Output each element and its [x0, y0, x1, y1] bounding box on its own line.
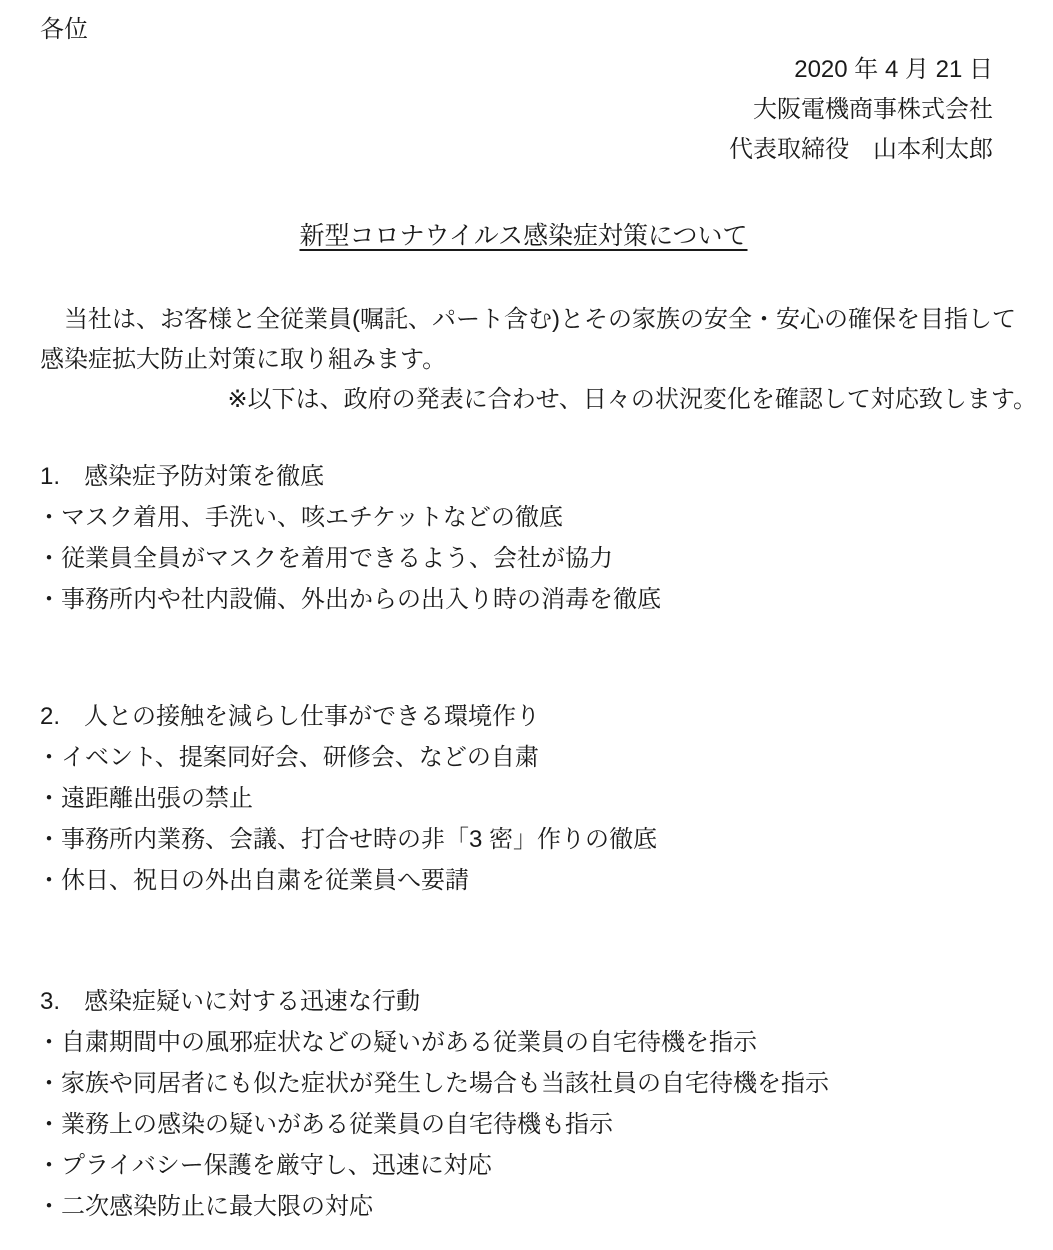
bullet-item: ・二次感染防止に最大限の対応 [37, 1186, 1037, 1227]
bullet-item: ・事務所内や社内設備、外出からの出入り時の消毒を徹底 [37, 579, 1037, 620]
intro-paragraph: 当社は、お客様と全従業員(嘱託、パート含む)とその家族の安全・安心の確保を目指し… [40, 300, 1037, 380]
bullet-item: ・休日、祝日の外出自粛を従業員へ要請 [37, 860, 1037, 901]
section-2-heading: 2. 人との接触を減らし仕事ができる環境作り [40, 696, 1037, 737]
doc-title: 新型コロナウイルス感染症対策について [299, 222, 747, 250]
bullet-item: ・従業員全員がマスクを着用できるよう、会社が協力 [37, 538, 1037, 579]
bullet-item: ・自粛期間中の風邪症状などの疑いがある従業員の自宅待機を指示 [37, 1022, 1037, 1063]
doc-date: 2020 年 4 月 21 日 [40, 50, 993, 90]
header-right-block: 2020 年 4 月 21 日 大阪電機商事株式会社 代表取締役 山本利太郎 [40, 50, 1037, 170]
bullet-item: ・業務上の感染の疑いがある従業員の自宅待機も指示 [37, 1104, 1037, 1145]
company-name: 大阪電機商事株式会社 [40, 90, 993, 130]
bullet-item: ・事務所内業務、会議、打合せ時の非「3 密」作りの徹底 [37, 819, 1037, 860]
representative-name: 代表取締役 山本利太郎 [40, 130, 993, 170]
bullet-item: ・遠距離出張の禁止 [37, 778, 1037, 819]
section-3: 3. 感染症疑いに対する迅速な行動 ・自粛期間中の風邪症状などの疑いがある従業員… [40, 981, 1037, 1227]
salutation: 各位 [40, 10, 1037, 50]
bullet-item: ・家族や同居者にも似た症状が発生した場合も当該社員の自宅待機を指示 [37, 1063, 1037, 1104]
section-1-heading: 1. 感染症予防対策を徹底 [40, 456, 1037, 497]
section-1: 1. 感染症予防対策を徹底 ・マスク着用、手洗い、咳エチケットなどの徹底 ・従業… [40, 456, 1037, 620]
note-line: ※以下は、政府の発表に合わせ、日々の状況変化を確認して対応致します。 [40, 380, 1037, 420]
bullet-item: ・プライバシー保護を厳守し、迅速に対応 [37, 1145, 1037, 1186]
bullet-item: ・マスク着用、手洗い、咳エチケットなどの徹底 [37, 497, 1037, 538]
bullet-item: ・イベント、提案同好会、研修会、などの自粛 [37, 737, 1037, 778]
section-2: 2. 人との接触を減らし仕事ができる環境作り ・イベント、提案同好会、研修会、な… [40, 696, 1037, 901]
doc-title-row: 新型コロナウイルス感染症対策について [40, 215, 1037, 258]
document-page: 各位 2020 年 4 月 21 日 大阪電機商事株式会社 代表取締役 山本利太… [0, 0, 1053, 1250]
section-3-heading: 3. 感染症疑いに対する迅速な行動 [40, 981, 1037, 1022]
